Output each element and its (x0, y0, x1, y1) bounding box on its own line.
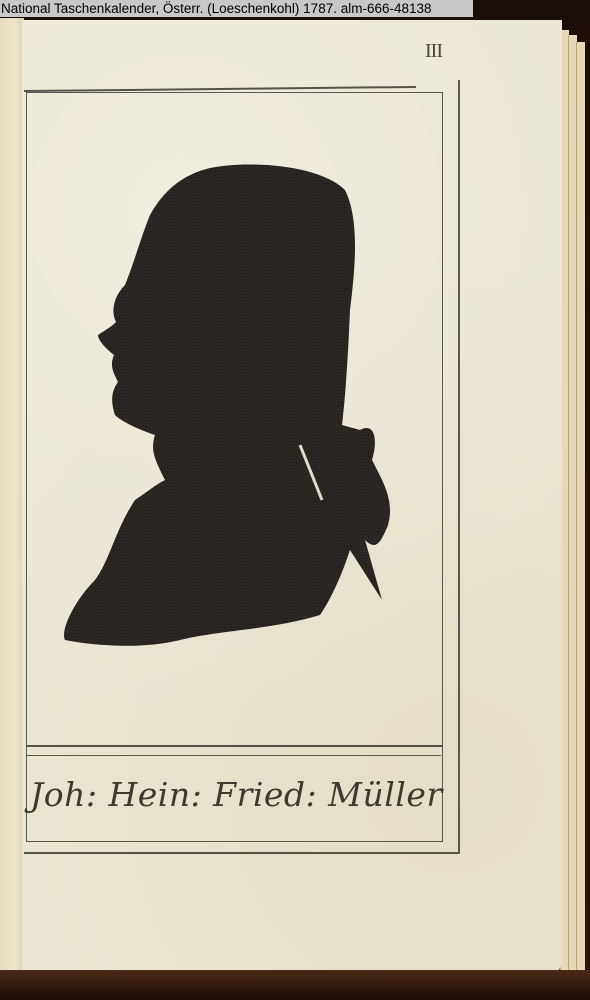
name-plate-top-rule (26, 745, 443, 747)
page-number: III (425, 40, 442, 63)
book-bottom-edge (0, 970, 590, 1000)
left-page-edge (0, 18, 24, 973)
image-caption: National Taschenkalender, Österr. (Loesc… (0, 0, 473, 17)
page-stack-edge (576, 42, 585, 992)
name-inscription: Joh: Hein: Fried: Müller (30, 760, 440, 830)
silhouette-portrait (60, 160, 410, 655)
frame-line-right (458, 80, 460, 852)
bottom-rule (24, 852, 460, 854)
